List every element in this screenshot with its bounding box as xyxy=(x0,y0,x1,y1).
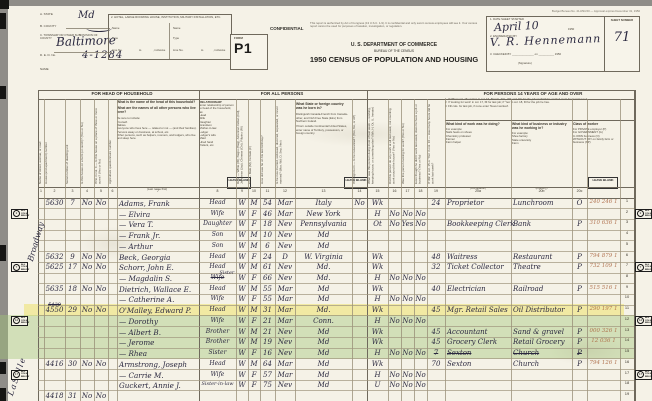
cell-sex: M xyxy=(248,242,260,252)
stamp-text: ALL COLS. BELOW xyxy=(21,317,29,324)
checked-by-line: 3. CHECKED BY ______________ on ________… xyxy=(490,53,561,56)
scan-edge-mark xyxy=(0,0,9,9)
cell-code: 515 516 1 xyxy=(587,285,620,295)
cell-age: 55 xyxy=(260,295,275,305)
cell-serial: 17 xyxy=(65,263,80,273)
column-label-a17: Was this person looking for work? (Yes o… xyxy=(402,102,414,184)
cell-born: Md xyxy=(295,231,352,241)
cell-age: 31 xyxy=(260,306,275,316)
cell-code: 794 879 1 xyxy=(587,253,620,263)
cell-f4: No xyxy=(80,392,94,401)
cell-age: 10 xyxy=(260,231,275,241)
cell-ln: 6 xyxy=(620,253,634,263)
cell-born: Md xyxy=(295,338,352,348)
form-value: P1 xyxy=(231,40,267,56)
hotel-box: 2. HOTEL, LARGE ROOMING HOUSE, INSTITUTI… xyxy=(108,14,232,60)
cell-name: O'Malley, Edward P. xyxy=(117,306,199,316)
cell-born: Md. xyxy=(295,263,352,273)
hotel-incl-label-2: , inclusive xyxy=(213,49,225,52)
census-sheet-paper: A. STATE Md B. COUNTY C. TOWNSHIP OR OTH… xyxy=(8,6,652,401)
cell-occ: Waitress xyxy=(445,253,511,263)
cell-sex: M xyxy=(248,263,260,273)
cell-sex: F xyxy=(248,220,260,230)
sheet-number-label: SHEET NUMBER xyxy=(605,17,639,24)
cell-born: New York xyxy=(295,210,352,220)
cell-sex: F xyxy=(248,371,260,381)
cell-age: 46 xyxy=(260,210,275,220)
stamp-text: ALL COLS. BELOW xyxy=(645,317,652,324)
cell-doing: H xyxy=(367,349,388,359)
cell-rel: Head xyxy=(199,285,236,295)
scan-edge-mark xyxy=(0,86,6,99)
cell-race: W xyxy=(236,360,248,370)
column-number-16: 16 xyxy=(388,189,401,193)
hotel-type-label: Type xyxy=(112,37,118,40)
dept-line1: U. S. DEPARTMENT OF COMMERCE xyxy=(300,42,488,48)
grid-vline xyxy=(587,99,588,401)
cell-name: — Rhea xyxy=(117,349,199,359)
cell-sex: F xyxy=(248,381,260,391)
cell-name: — Albert B. xyxy=(117,328,199,338)
cell-race: W xyxy=(236,317,248,327)
cell-a18: No xyxy=(414,381,427,391)
cell-rel: Head xyxy=(199,306,236,316)
cell-sex: M xyxy=(248,285,260,295)
cell-f4: No xyxy=(80,263,94,273)
cell-code: 310 636 1 xyxy=(587,220,620,230)
name-field-label: NAME xyxy=(40,68,49,71)
cell-cls: P xyxy=(572,253,587,263)
cell-serial: 31 xyxy=(65,392,80,401)
cell-cls: P xyxy=(572,263,587,273)
column-number-20a: 20a xyxy=(445,189,511,193)
cell-a16: No xyxy=(388,220,401,230)
cell-a17: No xyxy=(401,274,414,284)
cell-mar: D xyxy=(275,253,295,263)
column-label-nat: If foreign born — Is he naturalized? (Ye… xyxy=(353,102,367,184)
cell-rel: Brother xyxy=(199,338,236,348)
cell-age: 21 xyxy=(260,317,275,327)
cell-serial: 7 xyxy=(65,199,80,209)
column-label-doing: What was this person doing most of last … xyxy=(368,102,388,184)
cell-name: Schorr, John E. xyxy=(117,263,199,273)
cell-ln: 1 xyxy=(620,199,634,209)
cell-rel-correction: Sister xyxy=(219,270,234,276)
cell-age: 6 xyxy=(260,242,275,252)
cell-hrs: 40 xyxy=(427,285,445,295)
cell-serial: 29 xyxy=(65,306,80,316)
column-number-4: 4 xyxy=(80,189,94,193)
stamp-text: ALL COLS. BELOW xyxy=(645,264,652,271)
cell-mar: Nev xyxy=(275,231,295,241)
section-divider xyxy=(38,99,634,100)
cell-rel: Head xyxy=(199,253,236,263)
cell-doing: H xyxy=(367,295,388,305)
cell-occ: Grocery Clerk xyxy=(445,338,511,348)
cell-name: — Arthur xyxy=(117,242,199,252)
cell-ind: Oil Distributor xyxy=(511,306,572,316)
cell-mar: Mar xyxy=(275,210,295,220)
cell-cls: P xyxy=(572,220,587,230)
cell-sex: F xyxy=(248,210,260,220)
cell-ln: 4 xyxy=(620,231,634,241)
cell-code: 290 197 1 xyxy=(587,306,620,316)
cell-mar: Nev xyxy=(275,381,295,391)
cell-race: W xyxy=(236,349,248,359)
cell-name: Armstrong, Joseph xyxy=(117,360,199,370)
cell-mar: Nev xyxy=(275,220,295,230)
cell-name: — Elvira xyxy=(117,210,199,220)
cell-doing: Wk xyxy=(367,338,388,348)
cell-mar: Mar xyxy=(275,360,295,370)
cell-a18: No xyxy=(414,317,427,327)
cell-hrs: 45 xyxy=(427,328,445,338)
hotel-box-title: 2. HOTEL, LARGE ROOMING HOUSE, INSTITUTI… xyxy=(109,15,231,20)
cell-ln: 9 xyxy=(620,285,634,295)
cell-ln: 16 xyxy=(620,360,634,370)
cell-rel: Brother xyxy=(199,328,236,338)
cell-cls: O xyxy=(572,199,587,209)
cell-occ: Proprietor xyxy=(445,199,511,209)
scan-edge-mark xyxy=(0,362,6,374)
cell-code: 240 246 1 xyxy=(587,199,620,209)
cell-occ: Mgr. Retail Sales xyxy=(445,306,511,316)
cell-name: Dietrich, Wallace E. xyxy=(117,285,199,295)
state-label: A. STATE xyxy=(40,13,53,16)
column-number-2: 2 xyxy=(44,189,65,193)
cell-a17: No xyxy=(401,371,414,381)
cell-mar: Nev xyxy=(275,242,295,252)
hotel-lineno-label: Line No. xyxy=(112,49,122,52)
cell-age: 18 xyxy=(260,220,275,230)
cell-f5: No xyxy=(94,360,108,370)
cell-mar: Nev xyxy=(275,263,295,273)
cell-f5: No xyxy=(94,285,108,295)
cell-mar: Nev xyxy=(275,338,295,348)
cell-hrs: 70 xyxy=(427,360,445,370)
cell-doing: Ot xyxy=(367,220,388,230)
cell-serial: 30 xyxy=(65,360,80,370)
cell-cls: P xyxy=(572,285,587,295)
cell-born: Conn. xyxy=(295,317,352,327)
cell-ln: 7 xyxy=(620,263,634,273)
grid-vline xyxy=(634,90,635,401)
cell-mar: Nev xyxy=(275,349,295,359)
cell-ln: 17 xyxy=(620,371,634,381)
cell-a17: Yes xyxy=(401,220,414,230)
stamp-left-line-7: 7ALL COLS. BELOW xyxy=(11,262,28,272)
cell-race: W xyxy=(236,210,248,220)
cell-house: 5625 xyxy=(44,263,65,273)
cell-rel: Son xyxy=(199,231,236,241)
hotel-incl-label: , inclusive xyxy=(153,49,165,52)
cell-doing: U xyxy=(367,381,388,391)
column-label-mar: Is he now married, widowed, divorced, se… xyxy=(276,102,295,184)
cell-name: Guckert, Annie J. xyxy=(117,381,199,391)
cell-code: 000 326 1 xyxy=(587,328,620,338)
date-year: 1950 xyxy=(568,28,574,31)
notes-divider xyxy=(445,120,634,121)
field-rule xyxy=(54,52,112,53)
stamp-right-line-12: 12ALL COLS. BELOW xyxy=(635,316,652,326)
cell-doing: H xyxy=(367,317,388,327)
column-label-street: Name of street, avenue, or road xyxy=(39,102,44,184)
cell-f4: No xyxy=(80,253,94,263)
cell-ind: Restaurant xyxy=(511,253,572,263)
scan-edge-mark xyxy=(0,388,6,401)
cell-nat: No xyxy=(352,199,367,209)
hotel-lineno-label-2: Line No. xyxy=(173,49,183,52)
stamp-left-line-2: 2ALL COLS. BELOW xyxy=(11,209,28,219)
stamp-right-line-17: 17ALL COLS. BELOW xyxy=(635,370,652,380)
column-number-9: 9 xyxy=(236,189,248,193)
cell-ind: Retail Grocery xyxy=(511,338,572,348)
cell-hrs: 45 xyxy=(427,306,445,316)
cell-cls: P xyxy=(572,306,587,316)
cell-ln: 12 xyxy=(620,317,634,327)
cell-rel: Head xyxy=(199,199,236,209)
stamp-text: ALL COLS. BELOW xyxy=(21,210,29,217)
cell-race: W xyxy=(236,285,248,295)
column-label-house: House (and apartment) number xyxy=(45,102,65,184)
hotel-type-label-2: Type xyxy=(173,37,179,40)
hotel-box-divider xyxy=(169,23,170,59)
cell-race: W xyxy=(236,220,248,230)
cell-ln: 15 xyxy=(620,349,634,359)
cell-f5: No xyxy=(94,199,108,209)
cell-occ: Accountant xyxy=(445,328,511,338)
cell-hrs: 48 xyxy=(427,253,445,263)
stamp-text: ALL COLS. BELOW xyxy=(21,264,29,271)
column-number-13: 13 xyxy=(295,189,352,193)
cell-sex: M xyxy=(248,199,260,209)
cell-ln: 2 xyxy=(620,210,634,220)
cell-race: W xyxy=(236,371,248,381)
stamp-circled-number: 17 xyxy=(637,371,644,378)
column-number-11: 11 xyxy=(260,189,275,193)
dept-line2: BUREAU OF THE CENSUS xyxy=(300,49,488,53)
column-number-12: 12 xyxy=(275,189,295,193)
cell-a16: No xyxy=(388,210,401,220)
form-box: FORM P1 xyxy=(230,34,268,70)
column-label-f4: Is this house on a farm (or ranch)? (Yes… xyxy=(81,102,94,184)
stamp-circled-number: 17 xyxy=(13,371,20,378)
cell-born: Md. xyxy=(295,306,352,316)
confidential-text: This report is authorized by Act of Cong… xyxy=(310,22,478,29)
sheet-number-value: 71 xyxy=(605,24,639,45)
hotel-name-label-2: Name xyxy=(173,27,180,30)
cell-age: 75 xyxy=(260,381,275,391)
cell-mar: Mar xyxy=(275,199,295,209)
census-scan: A. STATE Md B. COUNTY C. TOWNSHIP OR OTH… xyxy=(0,0,652,401)
column-label-a18: Even though he didn't work last week, do… xyxy=(415,102,427,184)
cell-house: 5635 xyxy=(44,285,65,295)
cell-rel: Wife xyxy=(199,295,236,305)
cell-code: 12 036 1 xyxy=(587,338,620,348)
cell-race: W xyxy=(236,231,248,241)
stamp-circled-number: 2 xyxy=(13,210,20,217)
cell-sex: M xyxy=(248,328,260,338)
cell-race: W xyxy=(236,381,248,391)
cell-hrs-struck: 7 xyxy=(427,349,445,357)
date-started-value: April 10 xyxy=(494,19,539,34)
cell-born: Pennsylvania xyxy=(295,220,352,230)
column-number-6: 6 xyxy=(108,189,117,193)
cell-mar: Mar xyxy=(275,306,295,316)
cell-race: W xyxy=(236,328,248,338)
cell-name: — Catherine A. xyxy=(117,295,199,305)
cell-a17: No xyxy=(401,317,414,327)
cell-rel: Son xyxy=(199,242,236,252)
cell-a16: No xyxy=(388,371,401,381)
cell-a16: No xyxy=(388,274,401,284)
cell-f5: No xyxy=(94,306,108,316)
cell-code: 794 126 1 xyxy=(587,360,620,370)
cell-ln: 10 xyxy=(620,295,634,305)
cell-rel: Wife xyxy=(199,317,236,327)
cell-born: Md xyxy=(295,242,352,252)
cell-occ: Ticket Collector xyxy=(445,263,511,273)
cell-age: 16 xyxy=(260,349,275,359)
stamp-left-line-17: 17ALL COLS. BELOW xyxy=(11,370,28,380)
cell-occ: Bookkeeping Clerk xyxy=(445,220,511,230)
cell-born: W. Virginia xyxy=(295,253,352,263)
cell-born: Md xyxy=(295,285,352,295)
cell-hrs: 45 xyxy=(427,338,445,348)
stamp-text: ALL COLS. BELOW xyxy=(645,371,652,378)
cell-f4: No xyxy=(80,199,94,209)
cell-name: — Frank Jr. xyxy=(117,231,199,241)
cell-f5: No xyxy=(94,263,108,273)
cell-mar: Mar xyxy=(275,371,295,381)
cell-house: 5630 xyxy=(44,199,65,209)
cell-race: W xyxy=(236,338,248,348)
cell-mar: Nev xyxy=(275,328,295,338)
cell-age: 64 xyxy=(260,360,275,370)
cell-ind: Bank xyxy=(511,220,572,230)
cell-doing: Wk xyxy=(367,306,388,316)
cell-rel: Wife xyxy=(199,210,236,220)
cell-race: W xyxy=(236,199,248,209)
column-number-5: 5 xyxy=(94,189,108,193)
sheet-number-box: SHEET NUMBER 71 xyxy=(604,16,640,72)
stamp-circled-number: 12 xyxy=(13,317,20,324)
number-strip-top xyxy=(38,187,634,188)
cell-race: W xyxy=(236,253,248,263)
cell-cls: P xyxy=(572,338,587,348)
cell-a18: No xyxy=(414,349,427,359)
cell-race: W xyxy=(236,295,248,305)
column-number-17: 17 xyxy=(401,189,414,193)
cell-a16: No xyxy=(388,317,401,327)
cell-serial: 9 xyxy=(65,253,80,263)
stamp-text: ALL COLS. BELOW xyxy=(645,210,652,217)
column-number-15: 15 xyxy=(367,189,388,193)
cell-race: W xyxy=(236,274,248,284)
cell-ind: Theatre xyxy=(511,263,572,273)
cell-ind: Lunchroom xyxy=(511,199,572,209)
column-label-race: Race — White (W), Negro (Neg), American … xyxy=(237,102,248,184)
cell-doing: Wk xyxy=(367,360,388,370)
cell-born: Md xyxy=(295,371,352,381)
cell-name: — Jerome xyxy=(117,338,199,348)
cell-age: 54 xyxy=(260,199,275,209)
column-label-serial: Serial number of dwelling unit xyxy=(66,102,80,184)
cell-sex: M xyxy=(248,306,260,316)
cell-a16: No xyxy=(388,349,401,359)
cell-sex: F xyxy=(248,295,260,305)
hotel-to-label: to xyxy=(139,49,141,52)
cell-sex: F xyxy=(248,253,260,263)
cell-rel: Sister-in-law xyxy=(199,381,236,391)
column-number-3: 3 xyxy=(65,189,80,193)
cell-ind: Railroad xyxy=(511,285,572,295)
cell-name: Beck, Georgia xyxy=(117,253,199,263)
signature-label: (Signature) xyxy=(518,62,532,65)
cell-sex: F xyxy=(248,317,260,327)
cell-sex: F xyxy=(248,274,260,284)
cell-a16: No xyxy=(388,381,401,391)
cell-occ: Electrician xyxy=(445,285,511,295)
cell-a17: No xyxy=(401,381,414,391)
cell-house: 5632 xyxy=(44,253,65,263)
cell-race: W xyxy=(236,306,248,316)
cell-ln: 13 xyxy=(620,328,634,338)
column-number-7: 7 xyxy=(117,189,199,193)
cell-born: Italy xyxy=(295,199,352,209)
cell-ind-struck: Church xyxy=(511,349,572,357)
cell-doing: Wk xyxy=(367,199,388,209)
cell-house: 4416 xyxy=(44,360,65,370)
cell-sex: F xyxy=(248,349,260,359)
cell-born: Md xyxy=(295,381,352,391)
cell-cls: P xyxy=(572,360,587,370)
cell-born: Md xyxy=(295,360,352,370)
cell-age: 24 xyxy=(260,253,275,263)
cell-mar: Mar xyxy=(275,285,295,295)
column-label-f6: Agriculture questionnaire number xyxy=(109,102,117,184)
cell-f5: No xyxy=(94,253,108,263)
cell-sex: M xyxy=(248,360,260,370)
cell-ln: 8 xyxy=(620,274,634,284)
cell-a18: No xyxy=(414,371,427,381)
column-number-18: 18 xyxy=(414,189,427,193)
cell-doing: H xyxy=(367,274,388,284)
cell-serial: 18 xyxy=(65,285,80,295)
field-rule xyxy=(66,28,110,29)
cell-cls-struck: P xyxy=(572,349,587,357)
column-number-19: 19 xyxy=(427,189,445,193)
cell-race: W xyxy=(236,242,248,252)
cell-ln: 11 xyxy=(620,306,634,316)
cell-ind: Church xyxy=(511,360,572,370)
cell-ln: 19 xyxy=(620,392,634,401)
cell-age: 21 xyxy=(260,328,275,338)
column-label-age: How old was he on his last birthday? xyxy=(261,102,275,184)
cell-ln: 5 xyxy=(620,242,634,252)
cell-code: 732 109 1 xyxy=(587,263,620,273)
cell-sex: M xyxy=(248,338,260,348)
cell-a16: No xyxy=(388,295,401,305)
cell-sex: M xyxy=(248,231,260,241)
cell-f5: No xyxy=(94,392,108,401)
cell-doing: Wk xyxy=(367,263,388,273)
budget-line: Budget Bureau No. 41-R94-50 — Approval e… xyxy=(470,10,640,13)
cell-a18: No xyxy=(414,295,427,305)
cell-mar: Nev xyxy=(275,274,295,284)
cell-hrs: 32 xyxy=(427,263,445,273)
cell-rel: Head xyxy=(199,360,236,370)
